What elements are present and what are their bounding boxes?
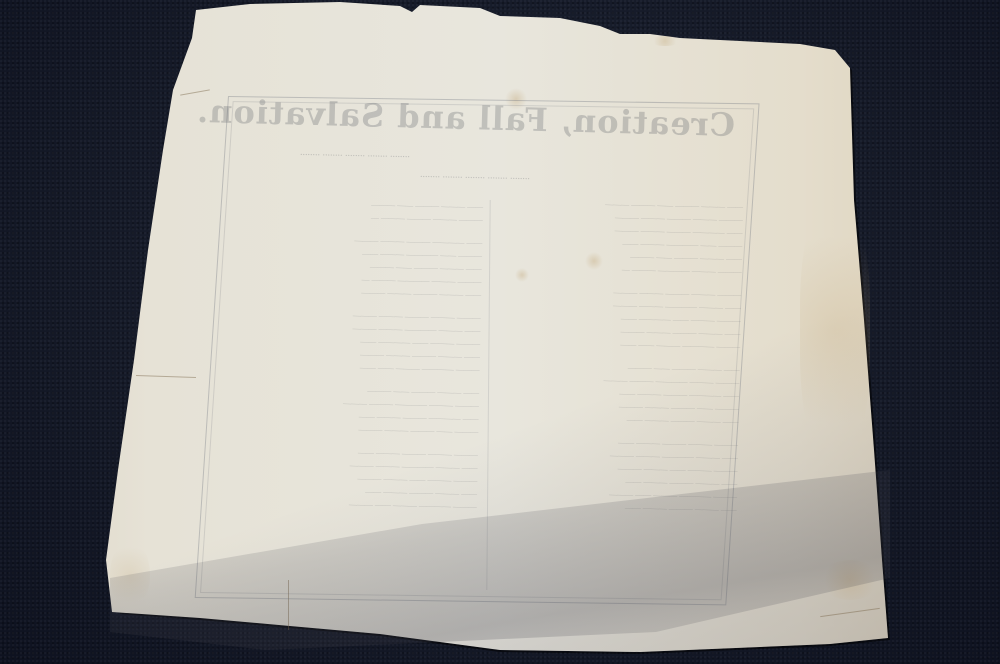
stain bbox=[650, 36, 680, 46]
stain bbox=[800, 200, 870, 460]
text-line: —— ——— ——— ——— —— bbox=[237, 484, 477, 498]
text-line: —— ——— ———— ——— ——— bbox=[498, 448, 738, 462]
text-line: ——— —— ———— ——— —— bbox=[502, 237, 742, 251]
text-line: —— ——— ——— ——— —— bbox=[497, 474, 737, 488]
text-line: —— ——— ——— ——— ——— bbox=[241, 286, 481, 300]
text-line: —— ——— ——— —— ——— bbox=[242, 260, 482, 274]
text-line: —— ———— ——— ——— ——— bbox=[503, 224, 743, 238]
text-line: —— ——— ——— ——— ——— bbox=[240, 347, 480, 361]
mirrored-subtitle: ........ ........ ........ ........ ....… bbox=[420, 169, 530, 182]
text-column-left: —— ——— ——— —— ——— —————— ——— ——— ——— ———… bbox=[497, 198, 744, 519]
text-line: ——— ——— —— ——— ——— bbox=[237, 471, 477, 485]
text-line: —— ——— ——— ——— —— bbox=[497, 500, 737, 514]
stain bbox=[820, 560, 880, 600]
text-line: ——— ——— ——— ——— ——— bbox=[503, 211, 743, 225]
text-line: ——— ———— ——— —— ——— bbox=[237, 497, 477, 511]
text-line: ——— ——— ———— ——— ——— bbox=[499, 373, 739, 387]
text-line: ——— —— ——— ——— ——— bbox=[499, 399, 739, 413]
text-line: —— ——— ———— ——— ——— bbox=[501, 298, 741, 312]
text-line: ——— —— ———— ——— —— bbox=[242, 247, 482, 261]
mirrored-subtitle: ........ ........ ........ ........ ....… bbox=[300, 147, 410, 160]
text-line: —— ——— ——— ——— —— bbox=[499, 412, 739, 426]
text-line: ——— ——— —— ——— ——— bbox=[498, 461, 738, 475]
stain bbox=[110, 540, 150, 610]
text-line: ——— ——— —— ———— —— bbox=[501, 311, 741, 325]
text-line: ——— ———— ——— —— —— bbox=[500, 337, 740, 351]
text-line: —— ——— ———— ——— ——— bbox=[241, 321, 481, 335]
text-line: ——— ——— ———— ——— ——— bbox=[239, 396, 479, 410]
text-line: ——— ——— —— ———— —— bbox=[240, 334, 480, 348]
text-line: —— ——— ———— ——— ——— bbox=[238, 458, 478, 472]
text-line: ——— ——— ———— ——— — bbox=[502, 263, 742, 277]
text-column-right: —— ——— ——— —— —————— ——— ——— ——— ——— ———… bbox=[237, 198, 484, 516]
text-line: ——— ——— ———— ——— — bbox=[242, 273, 482, 287]
text-line: —— ——— ——— —— ——— bbox=[502, 250, 742, 264]
text-line: —— ———— ——— ——— —— bbox=[239, 409, 479, 423]
text-line: ——— ———— ——— —— —— bbox=[240, 360, 480, 374]
text-line: ——— —— ——— ——— ——— bbox=[238, 422, 478, 436]
text-line: ——— ——— ——— ——— — bbox=[243, 211, 483, 225]
text-line: —— ——— ——— ——— ——— bbox=[500, 324, 740, 338]
text-line: —— ———— ——— ——— —— bbox=[499, 386, 739, 400]
text-line: ——— ———— ——— —— ——— bbox=[497, 487, 737, 501]
